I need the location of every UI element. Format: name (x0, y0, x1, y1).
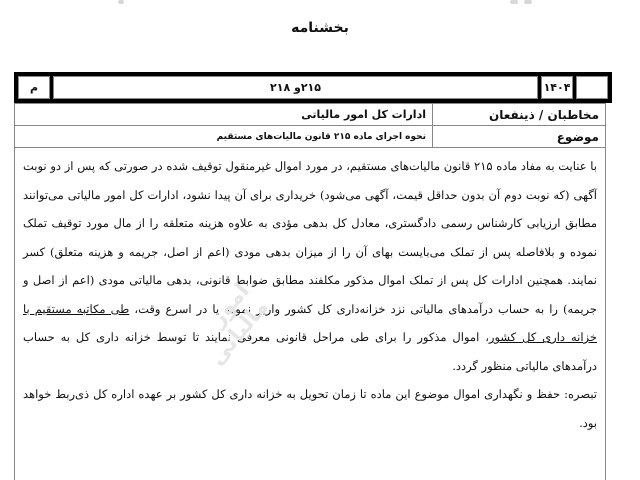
header-code-cell: م (18, 76, 50, 99)
body-paragraph-note: تبصره: حفظ و نگهداری اموال موضوع این ماد… (23, 380, 597, 437)
recipients-label: مخاطبان / ذینفعان (433, 104, 606, 126)
document-title: بخشنامه (0, 20, 640, 36)
subject-value: نحوه اجرای ماده ۲۱۵ قانون مالیات‌های مست… (15, 126, 433, 148)
top-scan-marks (0, 0, 640, 8)
recipients-value: ادارات کل امور مالیاتی (15, 104, 433, 126)
header-reference-box: ۱۴۰۴ ۲۱۵و ۲۱۸ م (14, 72, 612, 103)
circular-body: با عنایت به مفاد ماده ۲۱۵ قانون مالیات‌ه… (14, 148, 606, 480)
body-text-part1: با عنایت به مفاد ماده ۲۱۵ قانون مالیات‌ه… (23, 159, 597, 316)
recipients-row: مخاطبان / ذینفعان ادارات کل امور مالیاتی (15, 104, 606, 126)
subject-row: موضوع نحوه اجرای ماده ۲۱۵ قانون مالیات‌ه… (15, 126, 606, 148)
body-paragraph-main: با عنایت به مفاد ماده ۲۱۵ قانون مالیات‌ه… (23, 152, 597, 380)
info-table: مخاطبان / ذینفعان ادارات کل امور مالیاتی… (14, 103, 606, 148)
header-articles-cell: ۲۱۵و ۲۱۸ (53, 76, 538, 99)
header-year-cell: ۱۴۰۴ (541, 76, 573, 99)
header-blank-cell (576, 76, 608, 99)
subject-label: موضوع (433, 126, 606, 148)
